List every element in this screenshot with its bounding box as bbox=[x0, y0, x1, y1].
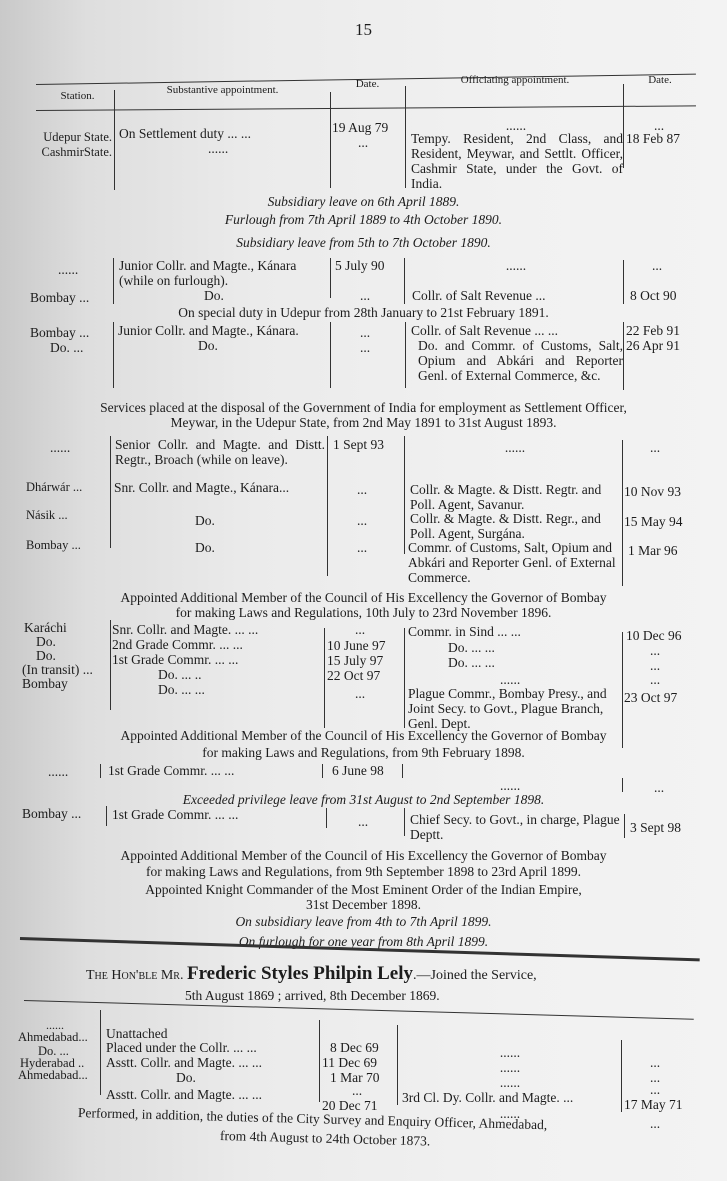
substantive-cell: Snr. Collr. and Magte., Kánara... bbox=[114, 480, 289, 495]
note: Appointed Knight Commander of the Most E… bbox=[0, 882, 727, 897]
substantive-cell: 1st Grade Commr. ... ... bbox=[112, 652, 238, 667]
date-cell: ... bbox=[360, 288, 370, 303]
column-divider bbox=[114, 90, 115, 190]
date-cell: ... bbox=[360, 340, 370, 355]
date-cell: 10 Nov 93 bbox=[624, 484, 681, 499]
date-cell: 8 Dec 69 bbox=[330, 1040, 379, 1055]
date-cell: ... bbox=[650, 1055, 660, 1070]
note: 31st December 1898. bbox=[0, 897, 727, 912]
officiating-cell: ...... bbox=[500, 672, 520, 687]
officiating-cell: Commr. in Sind ... ... bbox=[408, 624, 521, 639]
header-date-1: Date. bbox=[330, 78, 405, 90]
officiating-cell: ...... bbox=[500, 778, 520, 793]
column-divider bbox=[623, 322, 624, 390]
column-divider bbox=[624, 814, 625, 838]
header-station: Station. bbox=[40, 90, 115, 102]
date-cell: ... bbox=[650, 643, 660, 658]
officiating-cell: Chief Secy. to Govt., in charge, Plague … bbox=[410, 812, 624, 842]
substantive-cell: On Settlement duty ... ... bbox=[119, 126, 251, 141]
officiating-cell: Do. ... ... bbox=[448, 655, 495, 670]
note: On subsidiary leave from 4th to 7th Apri… bbox=[0, 914, 727, 929]
substantive-cell: Do. bbox=[195, 513, 215, 528]
date-cell: ... bbox=[650, 672, 660, 687]
station-cell: Do. bbox=[36, 634, 56, 649]
station-cell: Bombay ... bbox=[26, 538, 81, 553]
station-cell: Udepur State. bbox=[20, 130, 112, 145]
note: Subsidiary leave from 5th to 7th October… bbox=[0, 235, 727, 250]
substantive-cell: Junior Collr. and Magte., Kánara (while … bbox=[119, 258, 329, 288]
date-cell: 17 May 71 bbox=[624, 1097, 683, 1112]
date-cell: 1 Sept 93 bbox=[333, 437, 384, 452]
station-cell: Ahmedabad... bbox=[18, 1030, 88, 1045]
honorific: The Hon'ble Mr. bbox=[86, 968, 183, 983]
date-cell: 19 Aug 79 bbox=[332, 120, 388, 135]
substantive-cell: Senior Collr. and Magte. and Distt. Regt… bbox=[115, 437, 325, 467]
station-cell: ...... bbox=[58, 262, 78, 277]
column-divider bbox=[113, 258, 114, 304]
substantive-cell: 1st Grade Commr. ... ... bbox=[108, 763, 234, 778]
station-cell: (In transit) ... bbox=[22, 662, 93, 677]
substantive-cell: Do. ... .. bbox=[158, 667, 202, 682]
note: Furlough from 7th April 1889 to 4th Octo… bbox=[0, 212, 727, 227]
date-cell: 15 May 94 bbox=[624, 514, 683, 529]
date-cell: 5 July 90 bbox=[335, 258, 385, 273]
station-cell: Do. bbox=[36, 648, 56, 663]
officiating-cell: Collr. & Magte. & Distt. Regtr. and Poll… bbox=[410, 482, 622, 512]
column-divider bbox=[405, 86, 406, 188]
date-cell: 6 June 98 bbox=[332, 763, 384, 778]
substantive-cell: Do. bbox=[198, 338, 218, 353]
date-cell: ... bbox=[650, 658, 660, 673]
substantive-cell: Snr. Collr. and Magte. ... ... bbox=[112, 622, 258, 637]
column-divider bbox=[330, 92, 331, 188]
substantive-cell: Do. bbox=[204, 288, 224, 303]
date-cell: ... bbox=[358, 135, 368, 150]
station-cell: Dhárwár ... bbox=[26, 480, 82, 495]
column-divider bbox=[324, 628, 325, 728]
column-divider bbox=[397, 1025, 398, 1105]
date-cell: 11 Dec 69 bbox=[322, 1055, 377, 1070]
station-cell: Bombay ... bbox=[30, 325, 89, 340]
note: Subsidiary leave on 6th April 1889. bbox=[0, 194, 727, 209]
substantive-cell: Asstt. Collr. and Magte. ... ... bbox=[106, 1055, 262, 1070]
substantive-cell: Unattached bbox=[106, 1026, 167, 1041]
officiating-cell: ...... bbox=[400, 1075, 620, 1090]
note: for making Laws and Regulations, from 9t… bbox=[0, 745, 727, 760]
date-cell: ... bbox=[652, 258, 662, 273]
station-cell: Bombay bbox=[22, 676, 68, 691]
column-divider bbox=[404, 436, 405, 554]
station-cell: Do. ... bbox=[50, 340, 83, 355]
officer-heading: The Hon'ble Mr. Frederic Styles Philpin … bbox=[86, 966, 537, 983]
note: Exceeded privilege leave from 31st Augus… bbox=[0, 792, 727, 807]
column-divider bbox=[404, 258, 405, 304]
officer-name: Frederic Styles Philpin Lely bbox=[187, 963, 413, 984]
heading-suffix: .—Joined the Service, bbox=[413, 968, 537, 983]
column-divider bbox=[110, 436, 111, 548]
column-divider bbox=[327, 436, 328, 576]
column-divider bbox=[106, 806, 107, 826]
substantive-cell: 2nd Grade Commr. ... ... bbox=[112, 637, 243, 652]
column-divider bbox=[330, 258, 331, 298]
page-number: 15 bbox=[0, 20, 727, 40]
officiating-cell: Collr. of Salt Revenue ... bbox=[412, 288, 545, 303]
substantive-cell: Do. ... ... bbox=[158, 682, 205, 697]
column-divider bbox=[110, 620, 111, 710]
date-cell: 3 Sept 98 bbox=[630, 820, 681, 835]
date-cell: ... bbox=[357, 482, 367, 497]
date-cell: ... bbox=[355, 686, 365, 701]
date-cell: 8 Oct 90 bbox=[630, 288, 677, 303]
header-substantive: Substantive appointment. bbox=[115, 84, 330, 96]
date-cell: ... bbox=[360, 325, 370, 340]
column-divider bbox=[402, 764, 403, 778]
officiating-cell: 3rd Cl. Dy. Collr. and Magte. ... bbox=[402, 1090, 573, 1105]
column-divider bbox=[621, 1040, 622, 1112]
substantive-cell: Placed under the Collr. ... ... bbox=[106, 1040, 257, 1055]
column-divider bbox=[330, 322, 331, 388]
station-cell: Bombay ... bbox=[30, 290, 89, 305]
note: Services placed at the disposal of the G… bbox=[0, 400, 727, 415]
note: for making Laws and Regulations, from 9t… bbox=[0, 864, 727, 879]
officiating-cell: ...... bbox=[400, 1060, 620, 1075]
officiating-cell: Tempy. Resident, 2nd Class, and Resident… bbox=[411, 131, 623, 191]
substantive-cell: Asstt. Collr. and Magte. ... ... bbox=[106, 1087, 262, 1102]
officiating-cell: Collr. & Magte. & Distt. Regr., and Poll… bbox=[410, 511, 622, 541]
column-divider bbox=[100, 1010, 101, 1095]
station-cell: Bombay ... bbox=[22, 806, 81, 821]
station-cell: Ahmedabad... bbox=[18, 1068, 88, 1083]
officiating-cell: ...... bbox=[400, 1045, 620, 1060]
date-cell: 15 July 97 bbox=[327, 653, 383, 668]
column-divider bbox=[319, 1020, 320, 1102]
date-cell: ... bbox=[352, 1083, 362, 1098]
station-cell: Karáchi bbox=[24, 620, 67, 635]
date-cell: 10 Dec 96 bbox=[626, 628, 681, 643]
date-cell: 26 Apr 91 bbox=[626, 338, 680, 353]
date-cell: 22 Oct 97 bbox=[327, 668, 380, 683]
header-date-2: Date. bbox=[625, 74, 695, 86]
column-divider bbox=[113, 322, 114, 388]
note: Appointed Additional Member of the Counc… bbox=[0, 848, 727, 863]
column-divider bbox=[404, 628, 405, 728]
column-divider bbox=[322, 764, 323, 778]
officiating-cell: Collr. of Salt Revenue ... ... bbox=[411, 323, 558, 338]
column-divider bbox=[623, 84, 624, 168]
substantive-cell: Do. bbox=[176, 1070, 196, 1085]
note: Meywar, in the Udepur State, from 2nd Ma… bbox=[0, 415, 727, 430]
date-cell: 18 Feb 87 bbox=[626, 131, 680, 146]
column-divider bbox=[405, 322, 406, 388]
station-cell: CashmirState. bbox=[20, 145, 112, 160]
substantive-cell: ...... bbox=[208, 141, 228, 156]
officiating-cell: ...... bbox=[410, 440, 620, 455]
note: from 4th August to 24th October 1873. bbox=[220, 1128, 431, 1149]
note: Appointed Additional Member of the Counc… bbox=[0, 728, 727, 743]
column-divider bbox=[622, 440, 623, 586]
column-divider bbox=[622, 778, 623, 792]
note: On special duty in Udepur from 28th Janu… bbox=[0, 305, 727, 320]
station-cell: ...... bbox=[50, 440, 70, 455]
column-divider bbox=[326, 808, 327, 828]
note: for making Laws and Regulations, 10th Ju… bbox=[0, 605, 727, 620]
officiating-cell: Plague Commr., Bombay Presy., and Joint … bbox=[408, 686, 622, 731]
date-cell: ... bbox=[355, 622, 365, 637]
date-cell: 10 June 97 bbox=[327, 638, 386, 653]
substantive-cell: Do. bbox=[195, 540, 215, 555]
column-divider bbox=[100, 764, 101, 778]
date-cell: 23 Oct 97 bbox=[624, 690, 677, 705]
officiating-cell: Do. and Commr. of Customs, Salt, Opium a… bbox=[418, 338, 623, 383]
station-cell: ...... bbox=[48, 764, 68, 779]
date-cell: ... bbox=[357, 540, 367, 555]
date-cell: ... bbox=[358, 814, 368, 829]
date-cell: 1 Mar 96 bbox=[628, 543, 678, 558]
date-cell: ... bbox=[650, 440, 660, 455]
header-officiating: Officiating appointment. bbox=[405, 74, 625, 86]
column-divider bbox=[623, 260, 624, 304]
station-cell: Násik ... bbox=[26, 508, 68, 523]
date-cell: ... bbox=[650, 1116, 660, 1131]
officer-subheading: 5th August 1869 ; arrived, 8th December … bbox=[185, 988, 440, 1003]
date-cell: 22 Feb 91 bbox=[626, 323, 680, 338]
officiating-cell: ...... bbox=[410, 258, 622, 273]
officiating-cell: Do. ... ... bbox=[448, 640, 495, 655]
header-bottom-rule bbox=[36, 105, 696, 111]
date-cell: ... bbox=[650, 1082, 660, 1097]
officiating-cell: Commr. of Customs, Salt, Opium and Abkár… bbox=[408, 540, 622, 585]
substantive-cell: Junior Collr. and Magte., Kánara. bbox=[118, 323, 299, 338]
note: Appointed Additional Member of the Counc… bbox=[0, 590, 727, 605]
substantive-cell: 1st Grade Commr. ... ... bbox=[112, 807, 238, 822]
date-cell: ... bbox=[357, 513, 367, 528]
column-divider bbox=[404, 808, 405, 836]
